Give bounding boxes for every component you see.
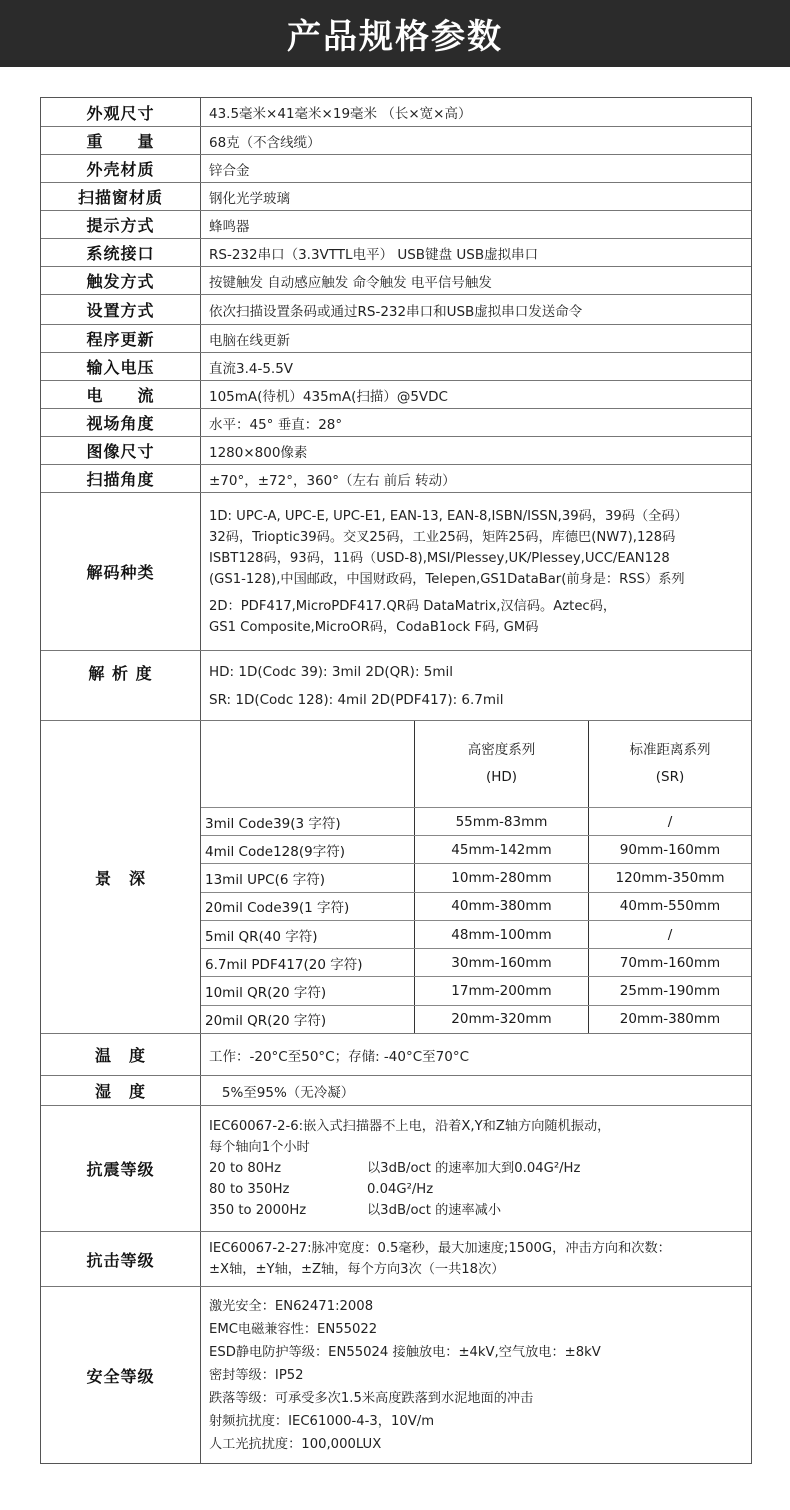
depth-hd: 30mm-160mm (415, 949, 589, 976)
depth-header-sr: 标准距离系列 (SR) (589, 721, 751, 807)
spec-value: 钢化光学玻璃 (201, 183, 751, 210)
spec-label: 系统接口 (41, 239, 201, 266)
depth-hd: 45mm-142mm (415, 836, 589, 863)
vibration-intro: IEC60067-2-6:嵌入式扫描器不上电，沿着X,Y和Z轴方向随机振动， (209, 1116, 610, 1137)
page-title: 产品规格参数 (287, 9, 503, 58)
depth-hd: 55mm-83mm (415, 808, 589, 835)
depth-sr: 25mm-190mm (589, 977, 751, 1004)
spec-value: 5%至95%（无冷凝） (201, 1076, 751, 1105)
safety-line: 激光安全：EN62471:2008 (209, 1295, 373, 1318)
depth-hd: 48mm-100mm (415, 921, 589, 948)
depth-code: 10mil QR(20 字符) (201, 977, 415, 1004)
spec-value: ±70°，±72°，360°（左右 前后 转动） (201, 465, 751, 492)
vibration-desc: 以3dB/oct 的速率加大到0.04G²/Hz (367, 1158, 580, 1179)
spec-label: 抗击等级 (41, 1232, 201, 1286)
safety-value: 激光安全：EN62471:2008 EMC电磁兼容性：EN55022 ESD静电… (201, 1287, 751, 1463)
depth-row: 10mil QR(20 字符)17mm-200mm25mm-190mm (201, 976, 751, 1004)
spec-value: 水平：45° 垂直：28° (201, 409, 751, 436)
spec-row-depth: 景 深 高密度系列 (HD) 标准距离系列 (SR) 3mil Code39(3… (41, 720, 751, 1033)
depth-hd: 17mm-200mm (415, 977, 589, 1004)
depth-code: 20mil QR(20 字符) (201, 1006, 415, 1033)
spec-row: 提示方式蜂鸣器 (41, 210, 751, 238)
depth-header-hd-title: 高密度系列 (468, 737, 536, 764)
vibration-freq: 80 to 350Hz (209, 1179, 367, 1200)
depth-sr: / (589, 921, 751, 948)
spec-value: 105mA(待机）435mA(扫描）@5VDC (201, 381, 751, 408)
decode-1d-line: 1D: UPC-A, UPC-E, UPC-E1, EAN-13, EAN-8,… (209, 506, 688, 527)
safety-line: 射频抗扰度：IEC61000-4-3，10V/m (209, 1410, 434, 1433)
depth-code: 13mil UPC(6 字符) (201, 864, 415, 891)
spec-row-resolution: 解 析 度 HD: 1D(Codc 39): 3mil 2D(QR): 5mil… (41, 650, 751, 720)
spec-label: 重 量 (41, 127, 201, 154)
depth-sr: 70mm-160mm (589, 949, 751, 976)
spec-row: 视场角度水平：45° 垂直：28° (41, 408, 751, 436)
decode-value: 1D: UPC-A, UPC-E, UPC-E1, EAN-13, EAN-8,… (201, 493, 751, 650)
spec-row: 图像尺寸1280×800像素 (41, 436, 751, 464)
vibration-value: IEC60067-2-6:嵌入式扫描器不上电，沿着X,Y和Z轴方向随机振动， 每… (201, 1106, 751, 1231)
resolution-line: SR: 1D(Codc 128): 4mil 2D(PDF417): 6.7mi… (209, 686, 504, 714)
safety-line: 人工光抗扰度：100,000LUX (209, 1433, 381, 1456)
spec-label: 抗震等级 (41, 1106, 201, 1231)
spec-label: 外观尺寸 (41, 98, 201, 126)
depth-sr: 20mm-380mm (589, 1006, 751, 1033)
spec-label: 提示方式 (41, 211, 201, 238)
spec-label: 湿 度 (41, 1076, 201, 1105)
spec-value: 蜂鸣器 (201, 211, 751, 238)
spec-value: 电脑在线更新 (201, 325, 751, 352)
decode-1d-line: (GS1-128),中国邮政，中国财政码，Telepen,GS1DataBar(… (209, 569, 685, 590)
depth-row: 5mil QR(40 字符)48mm-100mm/ (201, 920, 751, 948)
spec-label: 程序更新 (41, 325, 201, 352)
vibration-desc: 0.04G²/Hz (367, 1179, 433, 1200)
depth-hd: 20mm-320mm (415, 1006, 589, 1033)
spec-value: 按键触发 自动感应触发 命令触发 电平信号触发 (201, 267, 751, 294)
vibration-freq: 20 to 80Hz (209, 1158, 367, 1179)
spec-row-decode: 解码种类 1D: UPC-A, UPC-E, UPC-E1, EAN-13, E… (41, 492, 751, 650)
depth-row: 3mil Code39(3 字符)55mm-83mm/ (201, 807, 751, 835)
resolution-value: HD: 1D(Codc 39): 3mil 2D(QR): 5mil SR: 1… (201, 651, 751, 720)
resolution-line: HD: 1D(Codc 39): 3mil 2D(QR): 5mil (209, 658, 453, 686)
spec-value: 1280×800像素 (201, 437, 751, 464)
spec-label: 输入电压 (41, 353, 201, 380)
spec-label: 扫描窗材质 (41, 183, 201, 210)
spec-row: 扫描角度±70°，±72°，360°（左右 前后 转动） (41, 464, 751, 492)
decode-1d-line: ISBT128码，93码，11码（USD-8),MSI/Plessey,UK/P… (209, 548, 670, 569)
spec-label: 外壳材质 (41, 155, 201, 182)
spec-value: 43.5毫米×41毫米×19毫米 （长×宽×高） (201, 98, 751, 126)
vibration-freq: 350 to 2000Hz (209, 1200, 367, 1221)
safety-line: 跌落等级：可承受多次1.5米高度跌落到水泥地面的冲击 (209, 1387, 533, 1410)
depth-header-blank (201, 721, 415, 807)
depth-row: 13mil UPC(6 字符)10mm-280mm120mm-350mm (201, 863, 751, 891)
spec-value: 直流3.4-5.5V (201, 353, 751, 380)
spec-label: 图像尺寸 (41, 437, 201, 464)
vibration-row: 350 to 2000Hz以3dB/oct 的速率减小 (209, 1200, 501, 1221)
spec-row: 程序更新电脑在线更新 (41, 324, 751, 352)
safety-line: EMC电磁兼容性：EN55022 (209, 1318, 377, 1341)
depth-code: 4mil Code128(9字符) (201, 836, 415, 863)
depth-header-row: 高密度系列 (HD) 标准距离系列 (SR) (201, 721, 751, 807)
spec-label: 景 深 (41, 721, 201, 1033)
spec-label: 触发方式 (41, 267, 201, 294)
spec-value: RS-232串口（3.3VTTL电平） USB键盘 USB虚拟串口 (201, 239, 751, 266)
depth-code: 20mil Code39(1 字符) (201, 893, 415, 920)
spec-row-safety: 安全等级 激光安全：EN62471:2008 EMC电磁兼容性：EN55022 … (41, 1286, 751, 1463)
spec-row: 触发方式按键触发 自动感应触发 命令触发 电平信号触发 (41, 266, 751, 294)
depth-header-hd: 高密度系列 (HD) (415, 721, 589, 807)
spec-table: 外观尺寸43.5毫米×41毫米×19毫米 （长×宽×高） 重 量68克（不含线缆… (40, 97, 752, 1464)
decode-2d-line: GS1 Composite,MicroOR码，CodaB1ock F码, GM码 (209, 617, 538, 638)
spec-row: 系统接口RS-232串口（3.3VTTL电平） USB键盘 USB虚拟串口 (41, 238, 751, 266)
depth-table: 高密度系列 (HD) 标准距离系列 (SR) 3mil Code39(3 字符)… (201, 721, 751, 1033)
safety-line: 密封等级：IP52 (209, 1364, 304, 1387)
spec-row-shock: 抗击等级 IEC60067-2-27:脉冲宽度：0.5毫秒，最大加速度;1500… (41, 1231, 751, 1286)
spec-label: 扫描角度 (41, 465, 201, 492)
depth-sr: 120mm-350mm (589, 864, 751, 891)
depth-sr: / (589, 808, 751, 835)
depth-header-hd-abbr: (HD) (486, 764, 517, 791)
spec-value: 工作：-20°C至50°C；存储: -40°C至70°C (201, 1034, 751, 1075)
spec-row: 外壳材质锌合金 (41, 154, 751, 182)
depth-header-sr-title: 标准距离系列 (630, 737, 711, 764)
spec-row: 输入电压直流3.4-5.5V (41, 352, 751, 380)
spec-row: 扫描窗材质钢化光学玻璃 (41, 182, 751, 210)
spec-value: 依次扫描设置条码或通过RS-232串口和USB虚拟串口发送命令 (201, 295, 751, 324)
spec-label: 电 流 (41, 381, 201, 408)
vibration-intro: 每个轴向1个小时 (209, 1137, 310, 1158)
shock-line: IEC60067-2-27:脉冲宽度：0.5毫秒，最大加速度;1500G，冲击方… (209, 1238, 671, 1259)
depth-sr: 40mm-550mm (589, 893, 751, 920)
spec-label: 视场角度 (41, 409, 201, 436)
spec-value: 68克（不含线缆） (201, 127, 751, 154)
spec-row: 设置方式依次扫描设置条码或通过RS-232串口和USB虚拟串口发送命令 (41, 294, 751, 324)
vibration-row: 80 to 350Hz0.04G²/Hz (209, 1179, 433, 1200)
depth-code: 3mil Code39(3 字符) (201, 808, 415, 835)
spec-label: 安全等级 (41, 1287, 201, 1463)
depth-sr: 90mm-160mm (589, 836, 751, 863)
spec-label: 解码种类 (41, 493, 201, 650)
shock-value: IEC60067-2-27:脉冲宽度：0.5毫秒，最大加速度;1500G，冲击方… (201, 1232, 751, 1286)
spec-label: 解 析 度 (41, 651, 201, 720)
shock-line: ±X轴，±Y轴，±Z轴，每个方向3次（一共18次） (209, 1259, 504, 1280)
spec-row-humidity: 湿 度 5%至95%（无冷凝） (41, 1075, 751, 1105)
spec-label: 温 度 (41, 1034, 201, 1075)
vibration-row: 20 to 80Hz以3dB/oct 的速率加大到0.04G²/Hz (209, 1158, 580, 1179)
depth-row: 6.7mil PDF417(20 字符)30mm-160mm70mm-160mm (201, 948, 751, 976)
spec-row: 外观尺寸43.5毫米×41毫米×19毫米 （长×宽×高） (41, 98, 751, 126)
depth-hd: 40mm-380mm (415, 893, 589, 920)
depth-code: 6.7mil PDF417(20 字符) (201, 949, 415, 976)
decode-1d-line: 32码，Trioptic39码。交叉25码，工业25码，矩阵25码，库德巴(NW… (209, 527, 675, 548)
depth-row: 20mil QR(20 字符)20mm-320mm20mm-380mm (201, 1005, 751, 1033)
spec-value: 锌合金 (201, 155, 751, 182)
depth-row: 4mil Code128(9字符)45mm-142mm90mm-160mm (201, 835, 751, 863)
spec-row-temperature: 温 度 工作：-20°C至50°C；存储: -40°C至70°C (41, 1033, 751, 1075)
depth-header-sr-abbr: (SR) (656, 764, 684, 791)
spec-row-vibration: 抗震等级 IEC60067-2-6:嵌入式扫描器不上电，沿着X,Y和Z轴方向随机… (41, 1105, 751, 1231)
safety-line: ESD静电防护等级：EN55024 接触放电：±4kV,空气放电：±8kV (209, 1341, 601, 1364)
spec-row: 电 流105mA(待机）435mA(扫描）@5VDC (41, 380, 751, 408)
spec-label: 设置方式 (41, 295, 201, 324)
vibration-desc: 以3dB/oct 的速率减小 (367, 1200, 501, 1221)
spec-row: 重 量68克（不含线缆） (41, 126, 751, 154)
depth-code: 5mil QR(40 字符) (201, 921, 415, 948)
depth-row: 20mil Code39(1 字符)40mm-380mm40mm-550mm (201, 892, 751, 920)
depth-hd: 10mm-280mm (415, 864, 589, 891)
decode-2d-line: 2D：PDF417,MicroPDF417.QR码 DataMatrix,汉信码… (209, 596, 616, 617)
header-banner: 产品规格参数 (0, 0, 790, 67)
